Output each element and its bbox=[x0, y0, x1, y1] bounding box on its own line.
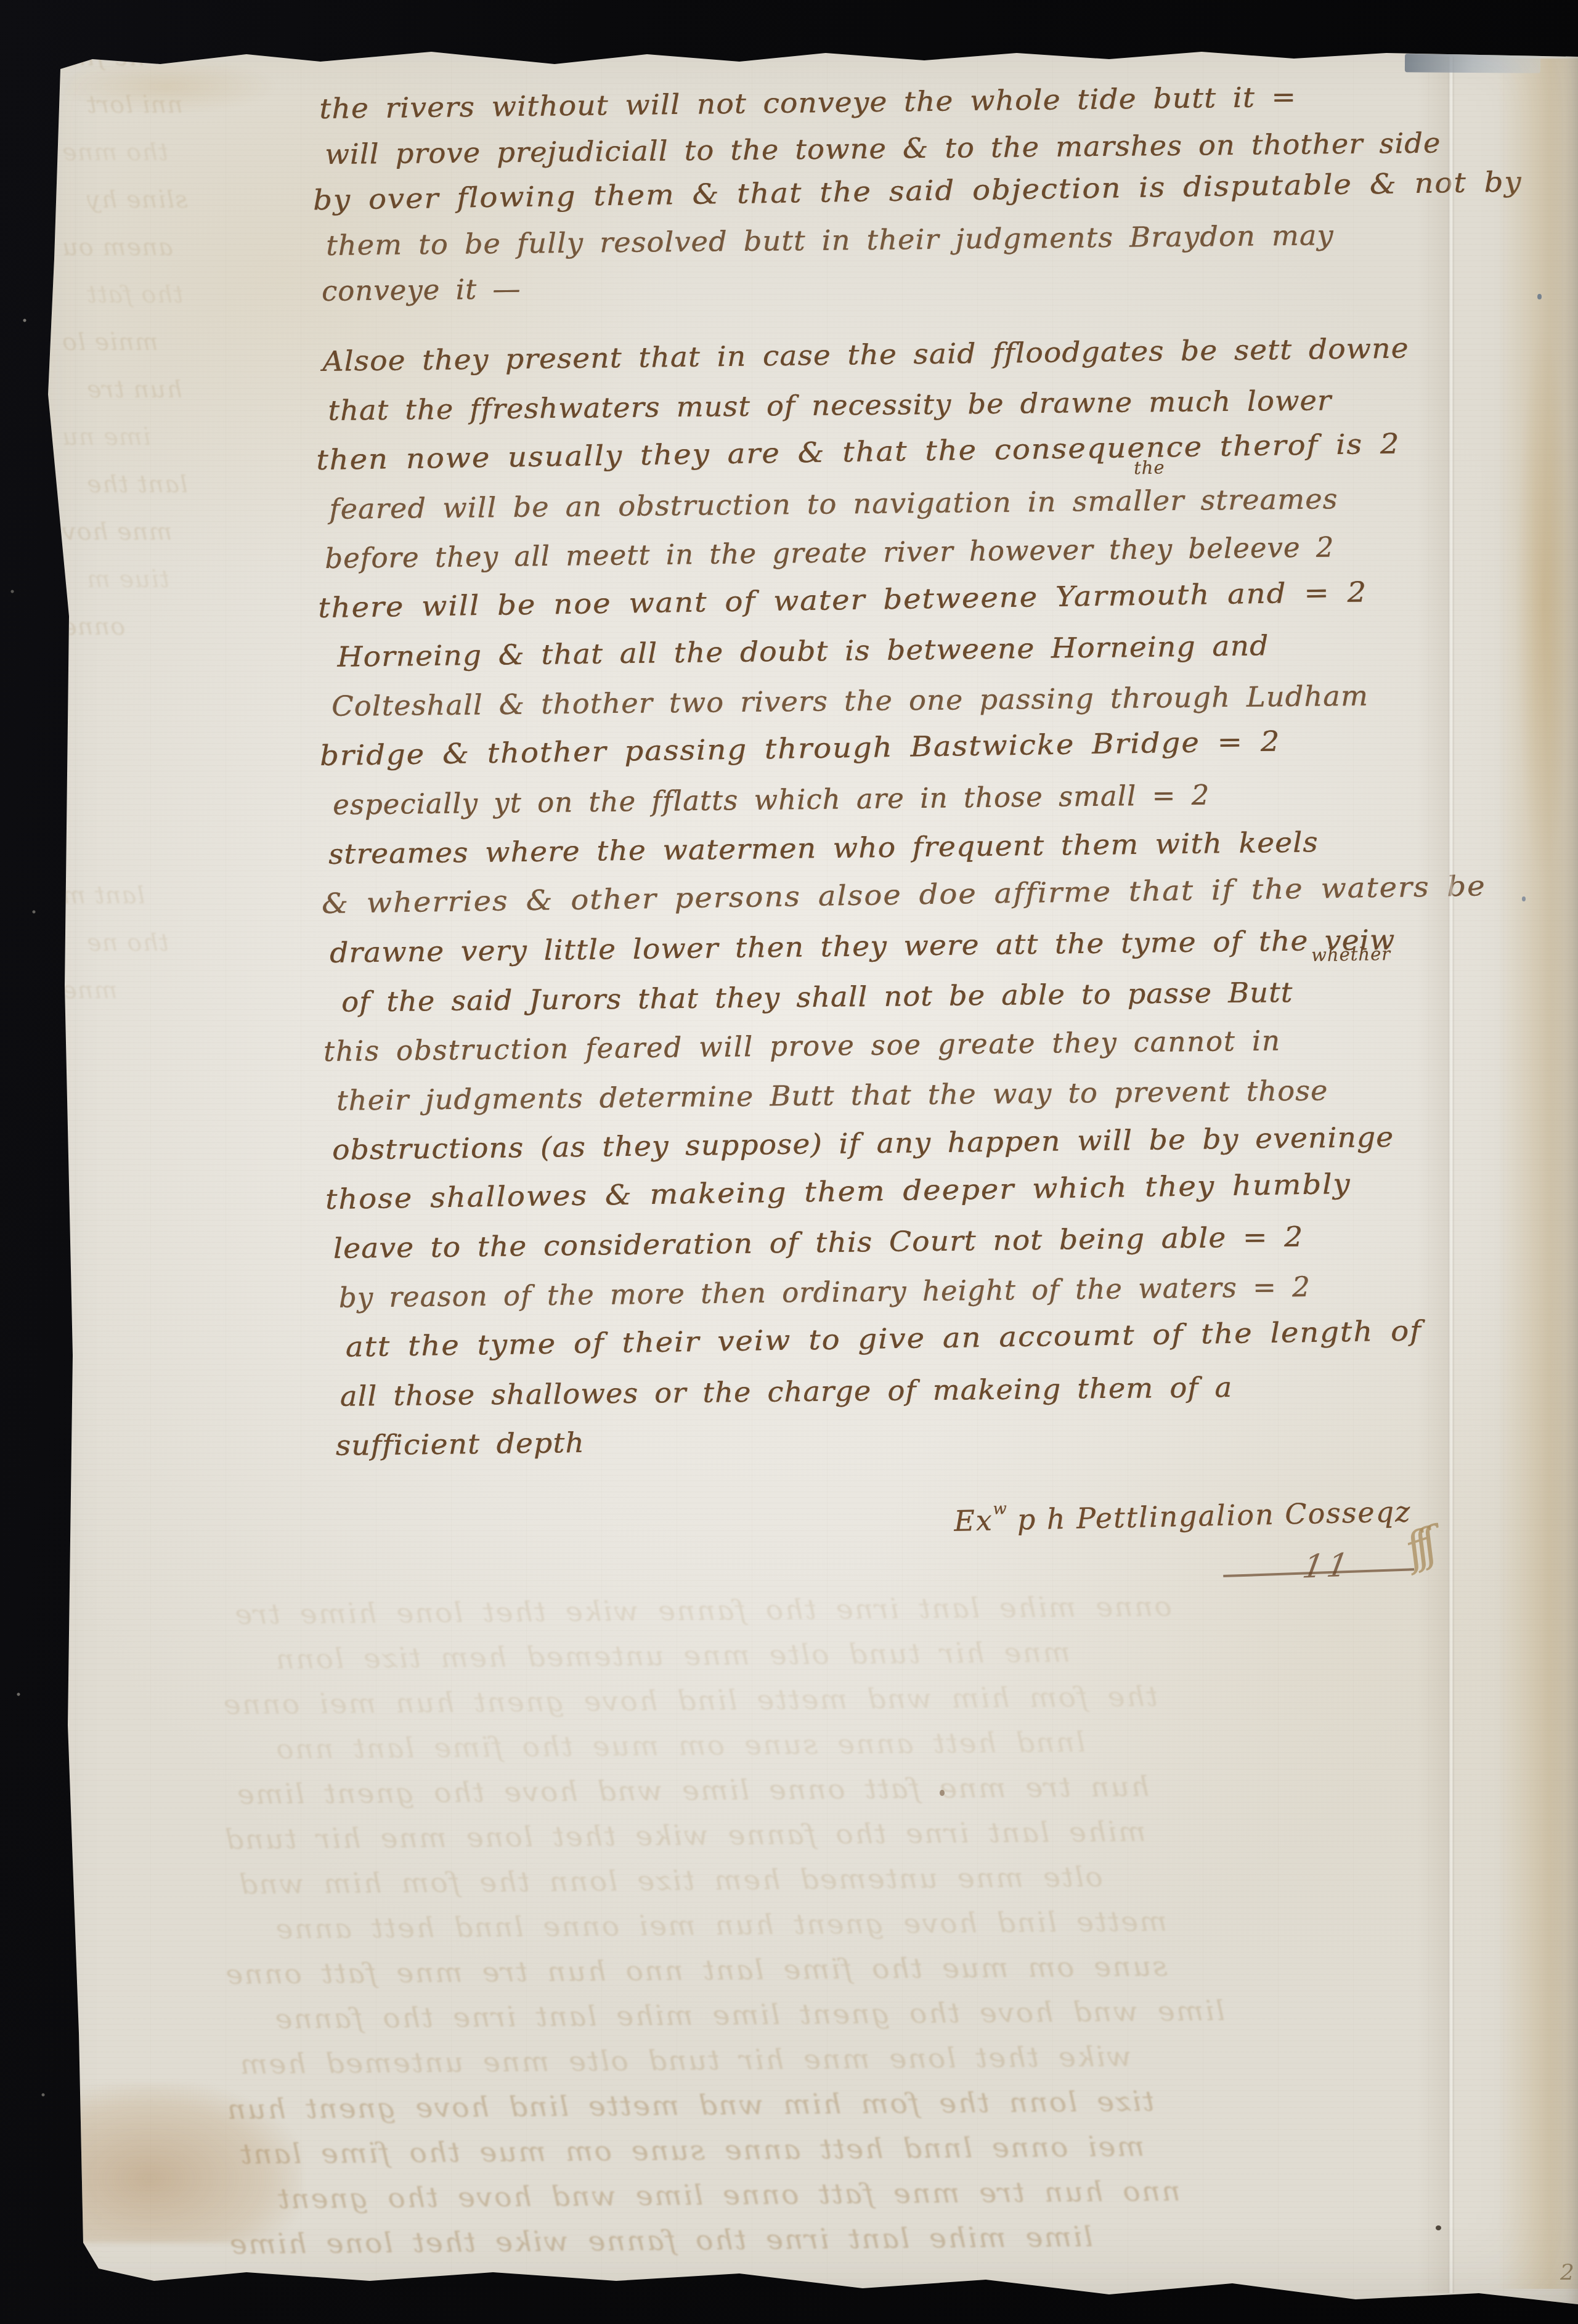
showthrough-fragment: tho mne bbox=[62, 138, 327, 185]
showthrough-line: onne mihe lant irne tho fanne wike thet … bbox=[256, 1587, 1464, 1643]
showthrough-line: sune om mue tho fime lant nno hun tre mn… bbox=[246, 1947, 1467, 2002]
showthrough-line: nno hun tre mne fatt onne lime wnd hove … bbox=[298, 2172, 1470, 2227]
showthrough-line: lime wnd hove tho gnent lime mihe lant i… bbox=[296, 1992, 1468, 2047]
top-left-tinge bbox=[55, 59, 277, 114]
showthrough-line: mihe lant irne tho fanne wike thet lone … bbox=[245, 1812, 1466, 1867]
paragraph-1: the rivers without will not conveye the … bbox=[319, 78, 1492, 320]
showthrough-line: mette lind hove gnent hun mei onne lnnd … bbox=[296, 1902, 1467, 1957]
showthrough-left-lower: lant mtho nemne bbox=[62, 881, 327, 1023]
ink-speck bbox=[940, 1790, 945, 1796]
right-stain-blotch bbox=[1516, 234, 1571, 973]
showthrough-fragment: anem ou bbox=[62, 233, 327, 280]
manuscript-page: he fimnni lorttho mnesline hyanem outho … bbox=[0, 0, 1578, 2324]
showthrough-line: lnnd hett anne sune om mue tho fime lant… bbox=[294, 1722, 1465, 1778]
photograph-background: he fimnni lorttho mnesline hyanem outho … bbox=[0, 0, 1578, 2324]
right-edge-stain bbox=[1497, 59, 1578, 2289]
showthrough-fragment: lant the bbox=[86, 470, 327, 518]
handwritten-text-block: the rivers without will not conveye the … bbox=[319, 78, 1507, 1479]
showthrough-fragment: ime nu bbox=[62, 423, 327, 470]
showthrough-line: olte mne untemed hem tize lonn the fom h… bbox=[258, 1857, 1466, 1912]
paragraph-2: Alsoe they present that in case the said… bbox=[322, 331, 1507, 1479]
showthrough-line: mei onne lnnd hett anne sune om mue tho … bbox=[261, 2127, 1469, 2182]
top-right-gray-sliver bbox=[1405, 54, 1540, 73]
showthrough-line: hun tre mne fatt onne lime wnd hove tho … bbox=[258, 1767, 1466, 1822]
showthrough-line: the fom him wnd mette lind hove gnent hu… bbox=[245, 1677, 1465, 1733]
showthrough-line: tize lonn the fom him wnd mette lind hov… bbox=[248, 2082, 1468, 2137]
docket-signature: Exw p h Pettlingalion Cosseqz bbox=[953, 1491, 1411, 1538]
showthrough-fragment: onne bbox=[62, 612, 327, 660]
showthrough-fragment: mne hov bbox=[62, 518, 327, 565]
showthrough-fragment: hun tre bbox=[86, 375, 327, 423]
blue-fleck bbox=[1537, 294, 1542, 299]
blue-fleck bbox=[1522, 896, 1526, 901]
showthrough-fragment: tho ne bbox=[86, 928, 327, 976]
interlinear-insertion: the bbox=[1134, 457, 1165, 479]
showthrough-line: lime mihe lant irne tho fanne wike thet … bbox=[249, 2217, 1470, 2272]
showthrough-left-column: he fimnni lorttho mnesline hyanem outho … bbox=[62, 43, 327, 660]
showthrough-fragment: mnie lo bbox=[62, 328, 327, 375]
showthrough-bottom-block: onne mihe lant irne tho fanne wike thet … bbox=[256, 1587, 1469, 2272]
interlinear-insertion: whether bbox=[1311, 943, 1391, 965]
showthrough-line: mne hir tund olte mne untemed hem tize l… bbox=[293, 1632, 1465, 1688]
showthrough-fragment: tho fatt bbox=[86, 280, 327, 328]
docket-rest: p h Pettlingalion Cosseqz bbox=[1006, 1495, 1411, 1537]
docket-superscript: w bbox=[993, 1500, 1007, 1518]
showthrough-fragment: sline hy bbox=[86, 185, 327, 233]
bottom-left-stain bbox=[68, 2082, 302, 2243]
showthrough-fragment: mne bbox=[62, 976, 327, 1023]
dark-speck bbox=[1436, 2225, 1441, 2230]
showthrough-fragment: tiue m bbox=[86, 565, 327, 612]
showthrough-fragment: nni lort bbox=[86, 91, 327, 138]
showthrough-fragment: he fim bbox=[62, 43, 327, 91]
tally-numerals: 11 bbox=[1300, 1547, 1355, 1586]
docket-prefix: Ex bbox=[954, 1503, 994, 1537]
folio-number: 2 bbox=[1560, 2260, 1574, 2285]
showthrough-line: wike thet lone mne hir tund olte mne unt… bbox=[260, 2037, 1468, 2092]
showthrough-fragment: lant m bbox=[62, 881, 327, 928]
